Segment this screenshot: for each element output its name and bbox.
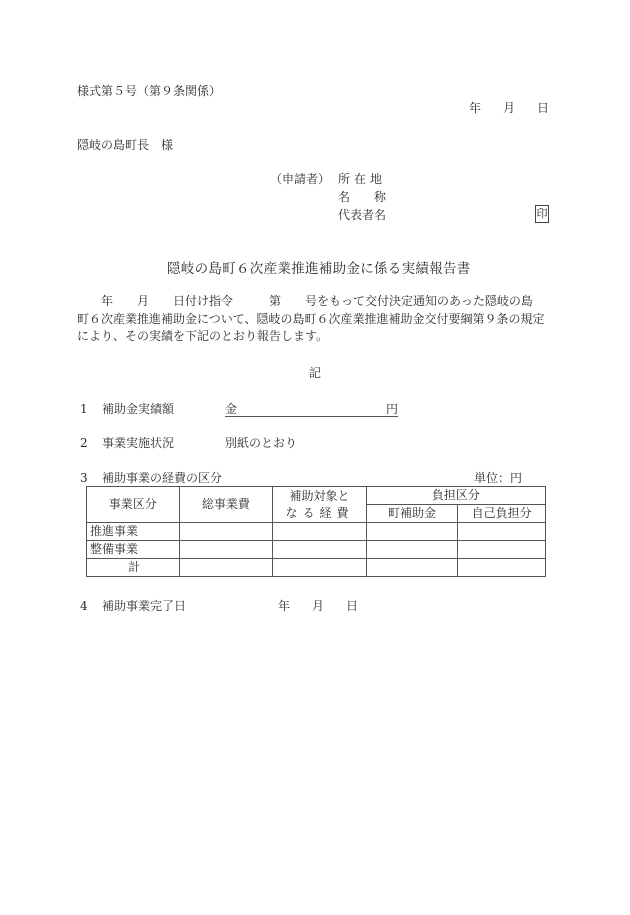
item-4-label: 補助事業完了日 [102, 599, 186, 613]
body-line-2: 町６次産業推進補助金について、隠岐の島町６次産業推進補助金交付要綱第９条の規定 [77, 311, 557, 329]
cell-eligible[interactable] [273, 559, 367, 577]
item-3-label: 補助事業の経費の区分 [102, 471, 222, 485]
item-3-number: 3 [80, 471, 88, 485]
header-category: 事業区分 [87, 487, 180, 523]
name-label: 名称 [338, 190, 386, 204]
amount-suffix: 円 [386, 402, 398, 416]
name-label-part1: 名 [338, 190, 374, 204]
document-page: { "header": { "form_number": "様式第５号（第９条関… [0, 0, 630, 915]
date-month: 月 [503, 101, 515, 115]
item-1-number: 1 [80, 402, 88, 416]
completion-year: 年 [278, 599, 290, 613]
cell-eligible[interactable] [273, 523, 367, 541]
amount-prefix: 金 [225, 402, 237, 416]
table-row-total: 計 [87, 559, 546, 577]
applicant-label: （申請者） [270, 172, 330, 186]
cell-self-burden[interactable] [458, 559, 546, 577]
seal-stamp-box: 印 [535, 205, 549, 223]
completion-month: 月 [312, 599, 324, 613]
ki-heading: 記 [309, 366, 321, 380]
name-label-part2: 称 [374, 190, 386, 204]
subsidy-amount-field[interactable]: 金 円 [225, 402, 398, 417]
unit-label: 単位：円 [474, 471, 522, 485]
cell-total[interactable] [179, 523, 273, 541]
body-line-1: 年 月 日付け指令 第 号をもって交付決定通知のあった隠岐の島 [77, 293, 557, 311]
date-year: 年 [469, 101, 481, 115]
cell-town-subsidy[interactable] [366, 523, 458, 541]
cell-town-subsidy[interactable] [366, 541, 458, 559]
header-burden: 負担区分 [366, 487, 545, 505]
representative-label: 代表者名 [338, 208, 386, 222]
cell-town-subsidy[interactable] [366, 559, 458, 577]
header-eligible-line2: なる経費 [273, 505, 366, 522]
completion-day: 日 [346, 599, 358, 613]
item-4-number: 4 [80, 599, 88, 613]
body-line-3: により、その実績を下記のとおり報告します。 [77, 328, 557, 346]
cell-self-burden[interactable] [458, 541, 546, 559]
submission-date: 年月日 [469, 101, 549, 115]
cell-self-burden[interactable] [458, 523, 546, 541]
header-eligible: 補助対象と なる経費 [273, 487, 367, 523]
header-eligible-line1: 補助対象と [273, 488, 366, 505]
header-town-subsidy: 町補助金 [366, 505, 458, 523]
address-label: 所在地 [338, 172, 386, 186]
document-title: 隠岐の島町６次産業推進補助金に係る実績報告書 [167, 262, 471, 276]
expense-table: 事業区分 総事業費 補助対象と なる経費 負担区分 町補助金 自己負担分 推進事… [86, 486, 546, 577]
completion-date: 年月日 [278, 599, 358, 613]
item-1-label: 補助金実績額 [102, 402, 174, 416]
implementation-status-value: 別紙のとおり [225, 436, 297, 450]
cell-eligible[interactable] [273, 541, 367, 559]
header-self-burden: 自己負担分 [458, 505, 546, 523]
row-label-total: 計 [87, 559, 180, 577]
date-day: 日 [537, 101, 549, 115]
table-row: 整備事業 [87, 541, 546, 559]
cell-total[interactable] [179, 541, 273, 559]
form-number: 様式第５号（第９条関係） [77, 84, 221, 98]
table-row: 推進事業 [87, 523, 546, 541]
body-paragraph: 年 月 日付け指令 第 号をもって交付決定通知のあった隠岐の島 町６次産業推進補… [77, 293, 557, 346]
item-2-number: 2 [80, 436, 88, 450]
addressee: 隠岐の島町長 様 [77, 138, 173, 152]
row-label: 推進事業 [87, 523, 180, 541]
item-2-label: 事業実施状況 [102, 436, 174, 450]
row-label: 整備事業 [87, 541, 180, 559]
cell-total[interactable] [179, 559, 273, 577]
header-total: 総事業費 [179, 487, 273, 523]
